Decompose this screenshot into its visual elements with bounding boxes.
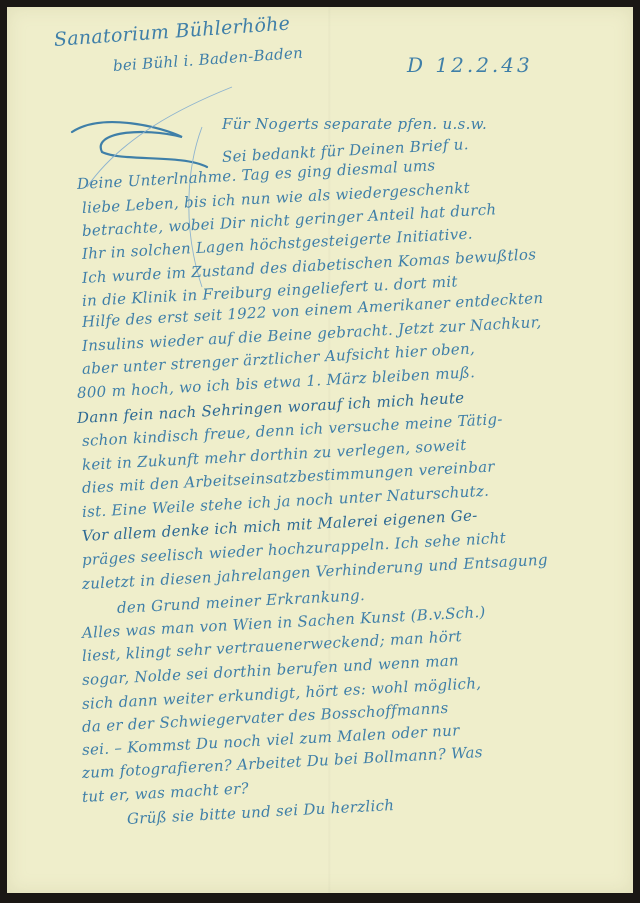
letter-paper: Sanatorium Bühlerhöhe bei Bühl i. Baden-… xyxy=(7,7,633,893)
letter-date: D 12.2.43 xyxy=(407,53,533,77)
letterhead-line-2: bei Bühl i. Baden-Baden xyxy=(112,44,303,75)
body-line-28: tut er, was macht er? xyxy=(82,779,250,806)
letterhead-line-1: Sanatorium Bühlerhöhe xyxy=(53,13,291,51)
